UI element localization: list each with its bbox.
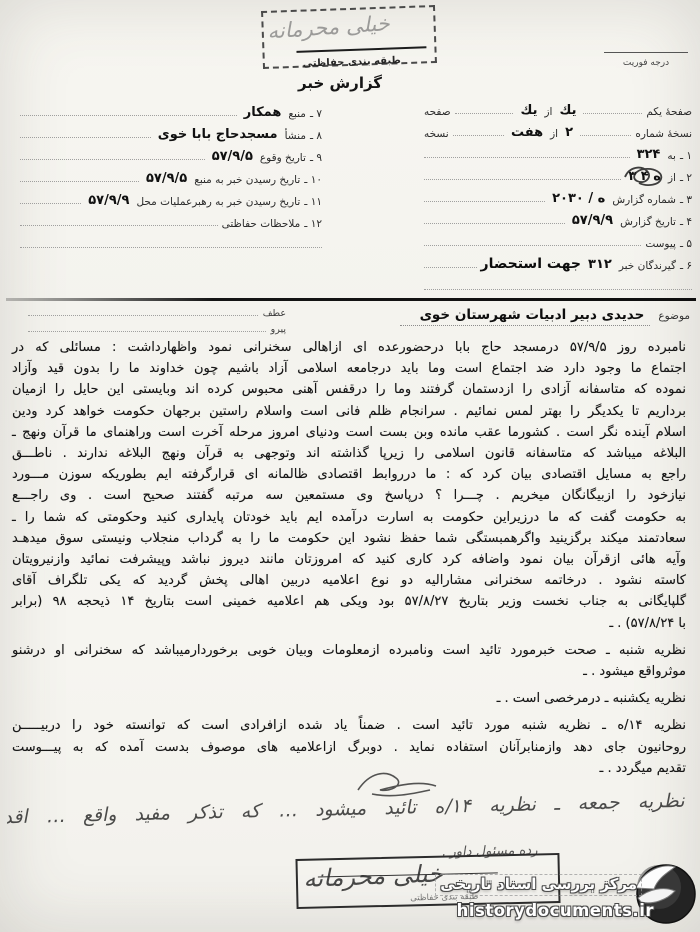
- form-row: ۱۱ ـ تاریخ رسیدن خبر به رهبرعملیات محل۵۷…: [20, 186, 322, 208]
- form-row-label: تاریخ وقوع: [260, 152, 306, 164]
- body-line: تقدیم میگردد . ـ: [12, 758, 686, 779]
- form-row-number: ۱۰ ـ: [304, 174, 322, 186]
- page-of-label: از: [544, 106, 552, 118]
- report-title: گزارش خبر: [298, 74, 382, 92]
- form-row-label: تاریخ گزارش: [620, 216, 676, 228]
- form-row: ۳ ـ شماره گزارشه / ۲۰۳۰: [424, 184, 692, 206]
- form-row: ۱۲ ـ ملاحظات حفاظتی: [20, 208, 322, 230]
- reference-row-peyro: پیرو: [28, 319, 286, 335]
- dotted-leader: [580, 135, 631, 136]
- form-row: ۱ ـ به۳۲۴: [424, 140, 692, 162]
- dotted-leader: [20, 247, 322, 248]
- form-right-items: ۱ ـ به۳۲۴۲ ـ از۳ ه ۴۳ ـ شماره گزارشه / ۲…: [424, 140, 692, 272]
- dotted-leader: [20, 115, 237, 116]
- scanned-intelligence-report: خیلی محرمانه طبقه بندی حفاظتی گزارش خبر …: [0, 0, 700, 932]
- body-line: اسلام آینده نگر است . كشورما عقب مانده و…: [12, 422, 686, 443]
- watermark-site-url: historydocuments.ir: [457, 901, 654, 920]
- body-line: نظریه شنبه ـ صحت خبرمورد تائید است ونامب…: [12, 640, 686, 661]
- form-row-value: ه / ۲۰۳۰: [549, 191, 608, 206]
- watermark-archive-name: مركز بررسی اسناد تاریخی: [435, 874, 642, 896]
- form-row-number: ۱۱ ـ: [304, 196, 322, 208]
- form-row: ۷ ـ منبعهمكار: [20, 98, 322, 120]
- copy-value-1: ۲: [562, 125, 576, 140]
- form-row-value: مسجدحاج بابا خوی: [155, 127, 281, 142]
- form-row-value: ۳۲۴: [634, 147, 664, 162]
- copy-of-label: از: [550, 128, 558, 140]
- body-line: راجع به مسایل اقتصادی بیان كرد كه : ما د…: [12, 464, 686, 485]
- form-row-number: ۱۲ ـ: [304, 218, 322, 230]
- page-label: صفحهٔ یکم: [646, 106, 692, 118]
- copy-unit-label: نسخه: [424, 128, 449, 140]
- subject-value: حدیدی دبیر ادبیات شهرستان خوی: [400, 307, 651, 326]
- dotted-leader: [20, 137, 151, 138]
- form-row-label: گیرندگان خبر: [619, 260, 676, 272]
- body-line: موثرواقع میشود . ـ: [12, 661, 686, 682]
- body-paragraph: نامبرده روز ۵۷/۹/۵ درمسجد حاج بابا درحضو…: [12, 337, 686, 634]
- subject-row: موضوع حدیدی دبیر ادبیات شهرستان خوی: [298, 307, 690, 326]
- form-page-line: صفحهٔ یکم یك از یك صفحه: [424, 96, 692, 118]
- dotted-leader: [455, 113, 514, 114]
- form-row: ۲ ـ از۳ ه ۴: [424, 162, 692, 184]
- body-line: البلاغه میباشد كه متاسفانه قانون اسلامی …: [12, 443, 686, 464]
- reference-row-atf: عطف: [28, 303, 286, 319]
- form-row-value: ۳ ه ۴: [625, 169, 664, 184]
- dotted-leader: [453, 135, 504, 136]
- form-row: ۵ ـ پیوست: [424, 228, 692, 250]
- form-row-value: ۳۱۲: [585, 257, 615, 272]
- form-row-number: ۵ ـ: [680, 238, 692, 250]
- form-left-items: ۷ ـ منبعهمكار۸ ـ منشأمسجدحاج بابا خوی۹ ـ…: [20, 98, 322, 230]
- top-classification-stamp: خیلی محرمانه طبقه بندی حفاظتی: [261, 5, 437, 69]
- form-row-value: ۵۷/۹/۹: [85, 193, 132, 208]
- peyro-label: پیرو: [271, 324, 286, 335]
- form-row-value: همكار: [241, 105, 285, 120]
- form-row-label: تاریخ رسیدن خبر به منبع: [194, 174, 300, 186]
- subject-label: موضوع: [658, 310, 690, 322]
- form-row-number: ۲ ـ: [680, 172, 692, 184]
- body-line: وآیه هائی ازقرآن بیان نمود واضافه كرد كا…: [12, 549, 686, 570]
- copy-value-2: هفت: [508, 125, 546, 140]
- form-row: ۴ ـ تاریخ گزارش۵۷/۹/۹: [424, 206, 692, 228]
- form-column-right: صفحهٔ یکم یك از یك صفحه نسخهٔ شماره ۲ از…: [424, 96, 692, 294]
- form-row-value: ۵۷/۹/۹: [569, 213, 616, 228]
- form-copy-line: نسخهٔ شماره ۲ از هفت نسخه: [424, 118, 692, 140]
- form-row-label: شماره گزارش: [612, 194, 676, 206]
- dotted-leader: [20, 181, 139, 182]
- form-row-label: پیوست: [645, 238, 676, 250]
- body-line: روحانیون جای دهد وازمنابرآنان استفاده نم…: [12, 737, 686, 758]
- body-line: برداریم تا یكدیگر را بهتر لمس نمائیم . س…: [12, 401, 686, 422]
- reference-rows: عطف پیرو: [28, 303, 286, 335]
- body-line: با ۵۷/۸/۲۴) . ـ: [12, 613, 686, 634]
- dotted-leader: [424, 267, 477, 268]
- form-row-label: از: [668, 172, 676, 184]
- form-row-value: ۵۷/۹/۵: [209, 149, 256, 164]
- form-row: ۸ ـ منشأمسجدحاج بابا خوی: [20, 120, 322, 142]
- form-row-label: به: [667, 150, 676, 162]
- top-stamp-classification-label: طبقه بندی حفاظتی: [302, 55, 401, 69]
- form-row-number: ۷ ـ: [310, 108, 322, 120]
- form-row: ۱۰ ـ تاریخ رسیدن خبر به منبع۵۷/۹/۵: [20, 164, 322, 186]
- page-value-1: یك: [556, 103, 579, 118]
- form-column-left: ۷ ـ منبعهمكار۸ ـ منشأمسجدحاج بابا خوی۹ ـ…: [20, 98, 322, 252]
- body-line: نموده كه متاسفانه آزادی را ازدستمان گرفت…: [12, 379, 686, 400]
- dotted-leader: [424, 223, 565, 224]
- form-row-label: منبع: [288, 108, 306, 120]
- top-stamp-handwriting: خیلی محرمانه: [267, 9, 428, 44]
- body-line: نیازخود را ازبیگانگان میخریم . چـــرا ؟ …: [12, 485, 686, 506]
- handwritten-approval-note: نظریه جمعه ـ نظریه ۱۴/ه تائید میشود … كه…: [6, 790, 688, 829]
- form-row-number: ۸ ـ: [310, 130, 322, 142]
- page-unit-label: صفحه: [424, 106, 451, 118]
- body-paragraph: نظریه یكشنبه ـ درمرخصی است . ـ: [12, 688, 686, 709]
- form-row-value: ۵۷/۹/۵: [143, 171, 190, 186]
- dotted-leader: [424, 201, 545, 202]
- dotted-leader: [583, 113, 642, 114]
- dotted-leader: [424, 289, 692, 290]
- dotted-leader: [20, 159, 205, 160]
- top-stamp-underline: [296, 46, 426, 53]
- body-line: گلپایگانی به جناب نخست وزیر بتاریخ ۵۷/۸/…: [12, 591, 686, 612]
- body-paragraph: نظریه ۱۴/ه ـ نظریه شنبه مورد تائید است .…: [12, 715, 686, 779]
- body-line: نامبرده روز ۵۷/۹/۵ درمسجد حاج بابا درحضو…: [12, 337, 686, 358]
- page-value-2: یك: [517, 103, 540, 118]
- body-line: نظریه ۱۴/ه ـ نظریه شنبه مورد تائید است .…: [12, 715, 686, 736]
- signature-scribble: [352, 766, 442, 800]
- body-line: اجتماع ما وجود دارد ضد اجتماع است وما با…: [12, 358, 686, 379]
- form-row-number: ۳ ـ: [680, 194, 692, 206]
- dotted-leader: [20, 203, 81, 204]
- form-trailing-dots: [424, 272, 692, 294]
- section-divider-rule: [6, 298, 696, 301]
- form-row-value-extra: جهت استحضار: [481, 256, 582, 272]
- body-line: نظریه یكشنبه ـ درمرخصی است . ـ: [12, 688, 686, 709]
- dotted-leader: [424, 157, 630, 158]
- archive-watermark: مركز بررسی اسناد تاریخی historydocuments…: [460, 852, 700, 932]
- atf-label: عطف: [263, 308, 286, 319]
- form-row-label: تاریخ رسیدن خبر به رهبرعملیات محل: [136, 196, 300, 208]
- dotted-leader: [28, 331, 266, 332]
- body-line: به حكومت گفت كه ما درزیراین حكومت به اسا…: [12, 507, 686, 528]
- form-row: ۶ ـ گیرندگان خبر۳۱۲جهت استحضار: [424, 250, 692, 272]
- form-row-label: منشأ: [285, 130, 306, 142]
- copy-label: نسخهٔ شماره: [635, 128, 692, 140]
- body-line: كاسته نشود . درخاتمه سخنرانی مشارالیه دو…: [12, 570, 686, 591]
- form-row: ۹ ـ تاریخ وقوع۵۷/۹/۵: [20, 142, 322, 164]
- dotted-leader: [28, 315, 258, 316]
- form-trailing-dots: [20, 230, 322, 252]
- body: نامبرده روز ۵۷/۹/۵ درمسجد حاج بابا درحضو…: [12, 337, 686, 785]
- urgency-degree-label: درجه فوریت: [604, 52, 688, 68]
- dotted-leader: [20, 225, 218, 226]
- dotted-leader: [424, 179, 621, 180]
- body-paragraph: نظریه شنبه ـ صحت خبرمورد تائید است ونامب…: [12, 640, 686, 682]
- form-row-label: ملاحظات حفاظتی: [222, 218, 301, 230]
- form-row-number: ۴ ـ: [680, 216, 692, 228]
- body-line: سعادتمند میكند برگزینید واگرهمبستگی شما …: [12, 528, 686, 549]
- form-row-number: ۶ ـ: [680, 260, 692, 272]
- dotted-leader: [424, 245, 641, 246]
- form-row-number: ۱ ـ: [680, 150, 692, 162]
- form-row-number: ۹ ـ: [310, 152, 322, 164]
